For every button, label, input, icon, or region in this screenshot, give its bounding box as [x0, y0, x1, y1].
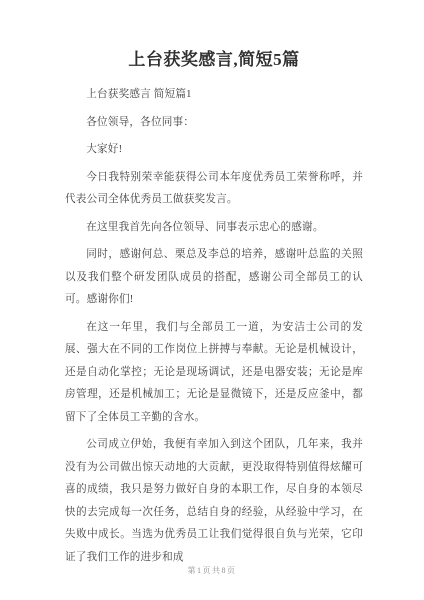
paragraph: 今日我特别荣幸能获得公司本年度优秀员工荣誉称呼，并代表公司全体优秀员工做获奖发言… [65, 167, 363, 212]
paragraph-salutation: 各位领导，各位同事： [65, 112, 363, 135]
paragraph: 公司成立伊始，我便有幸加入到这个团队，几年来，我并没有为公司做出惊天动地的大贡献… [65, 434, 363, 569]
page-number: 第1页共8页 [0, 565, 424, 576]
paragraph: 同时，感谢何总、栗总及李总的培养，感谢叶总监的关照以及我们整个研发团队成员的搭配… [65, 244, 363, 312]
section-heading: 上台获奖感言 简短篇1 [65, 84, 363, 107]
paragraph: 在这里我首先向各位领导、同事表示忠心的感谢。 [65, 217, 363, 240]
document-title: 上台获奖感言,简短5篇 [65, 48, 363, 72]
document-page: 上台获奖感言,简短5篇 上台获奖感言 简短篇1 各位领导，各位同事： 大家好! … [0, 0, 424, 600]
paragraph-greeting: 大家好! [65, 139, 363, 162]
paragraph: 在这一年里，我们与全部员工一道，为安洁士公司的发展、强大在不同的工作岗位上拼搏与… [65, 317, 363, 430]
